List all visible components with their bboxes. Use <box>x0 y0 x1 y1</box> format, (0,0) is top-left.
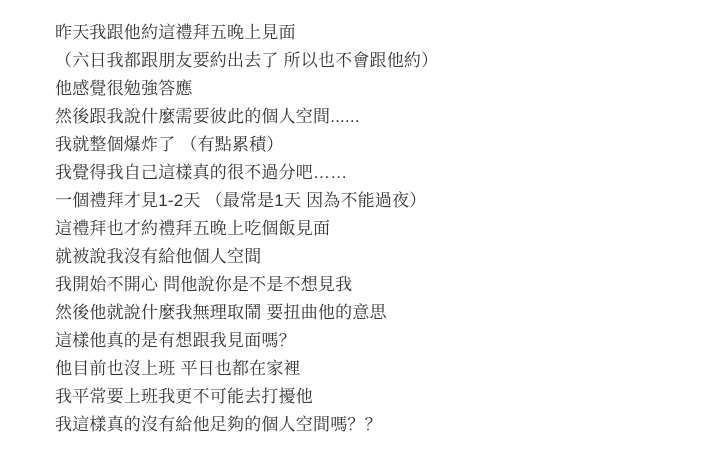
post-line: （六日我都跟朋友要約出去了 所以也不會跟他約） <box>55 47 689 75</box>
post-line: 他目前也沒上班 平日也都在家裡 <box>55 355 689 383</box>
post-line: 我開始不開心 問他說你是不是不想見我 <box>55 271 689 299</box>
post-line: 他感覺很勉強答應 <box>55 75 689 103</box>
post-body: 昨天我跟他約這禮拜五晚上見面 （六日我都跟朋友要約出去了 所以也不會跟他約） 他… <box>0 0 719 439</box>
post-line: 然後跟我說什麼需要彼此的個人空間...... <box>55 103 689 131</box>
post-line: 我平常要上班我更不可能去打擾他 <box>55 383 689 411</box>
post-line: 這樣他真的是有想跟我見面嗎？ <box>55 327 689 355</box>
post-line: 我這樣真的沒有給他足夠的個人空間嗎？？ <box>55 411 689 439</box>
post-line: 我就整個爆炸了 （有點累積） <box>55 131 689 159</box>
post-line: 這禮拜也才約禮拜五晚上吃個飯見面 <box>55 215 689 243</box>
post-line: 我覺得我自己這樣真的很不過分吧…… <box>55 159 689 187</box>
post-line: 然後他就說什麼我無理取鬧 要扭曲他的意思 <box>55 299 689 327</box>
post-line: 一個禮拜才見1-2天 （最常是1天 因為不能過夜） <box>55 187 689 215</box>
post-line: 就被說我沒有給他個人空間 <box>55 243 689 271</box>
post-line: 昨天我跟他約這禮拜五晚上見面 <box>55 19 689 47</box>
